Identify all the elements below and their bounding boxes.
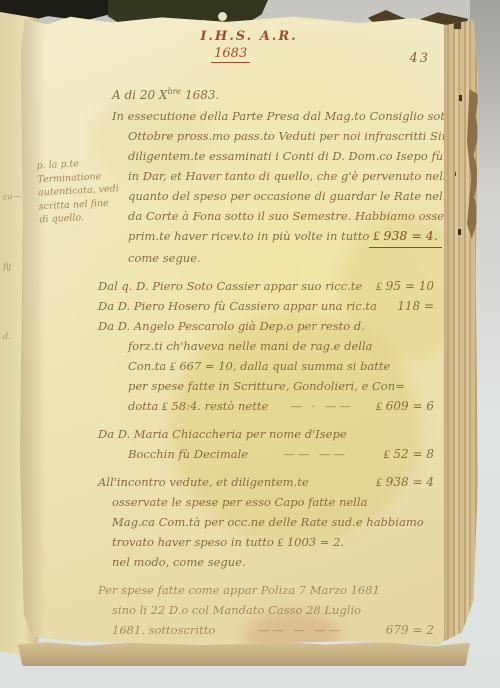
manuscript-photo: ca—fijd. I.H.S. A.R. 1683 43 A di 20 Xbr… bbox=[0, 0, 500, 688]
tally-dashes: — · —— bbox=[274, 396, 370, 416]
year-heading: 1683 bbox=[139, 46, 322, 61]
line-text: nel modo, come segue. bbox=[112, 552, 246, 572]
line-text: All'incontro vedute, et diligentem.te bbox=[98, 472, 309, 492]
lire-amount: ₤ 938 = 4. bbox=[369, 226, 441, 248]
manuscript-line: come segue. bbox=[128, 248, 434, 268]
manuscript-line: forz.ti ch'haveva nelle mani de rag.e de… bbox=[128, 336, 434, 356]
manuscript-line: per spese fatte in Scritture, Gondolieri… bbox=[128, 376, 434, 396]
line-text: forz.ti ch'haveva nelle mani de rag.e de… bbox=[128, 336, 373, 356]
manuscript-line: dotta ₤ 58:4. restò nette— · ——₤ 609 = 6 bbox=[128, 396, 434, 416]
line-text: in Dar, et Haver tanto di quello, che g'… bbox=[128, 166, 486, 186]
manuscript-line: in Dar, et Haver tanto di quello, che g'… bbox=[128, 166, 434, 186]
manuscript-line: 1681. sottoscritto—— — ——679 = 2 bbox=[112, 620, 434, 640]
line-text: 1681. sottoscritto bbox=[112, 620, 215, 640]
line-text: trovato haver speso in tutto ₤ 1003 = 2. bbox=[112, 532, 344, 552]
manuscript-line: prim.te haver ricev.to in più volte in t… bbox=[128, 226, 434, 248]
manuscript-line: quanto del speso per occasione di guarda… bbox=[128, 186, 434, 206]
date-prefix: A di 20 X bbox=[112, 88, 167, 102]
manuscript-line: All'incontro vedute, et diligentem.te₤ 9… bbox=[98, 472, 434, 492]
line-text: osservate le spese per esso Capo fatte n… bbox=[112, 492, 367, 512]
prior-page-text-fragment: fij bbox=[3, 262, 12, 273]
lire-amount: 679 = 2 bbox=[386, 620, 434, 640]
line-text: Per spese fatte come appar Poliza 7 Marz… bbox=[98, 580, 380, 600]
line-text: Dal q. D. Piero Soto Cassier appar suo r… bbox=[98, 276, 362, 296]
manuscript-line: da Corte à Fona sotto il suo Semestre. H… bbox=[128, 206, 434, 226]
date-line: A di 20 Xbre 1683. bbox=[112, 83, 434, 104]
manuscript-page: I.H.S. A.R. 1683 43 A di 20 Xbre 1683. I… bbox=[20, 13, 478, 645]
line-text: come segue. bbox=[128, 248, 201, 268]
manuscript-line: osservate le spese per esso Capo fatte n… bbox=[112, 492, 434, 512]
folio-number: 43 bbox=[409, 51, 430, 66]
fore-edge-page-stack bbox=[444, 19, 478, 641]
line-text: da Corte à Fona sotto il suo Semestre. H… bbox=[128, 206, 475, 226]
manuscript-line: Dal q. D. Piero Soto Cassier appar suo r… bbox=[98, 276, 434, 296]
manuscript-line: nel modo, come segue. bbox=[112, 552, 434, 572]
lire-amount: ₤ 52 = 8 bbox=[384, 444, 434, 464]
line-text: Con.ta ₤ 667 = 10, dalla qual summa si b… bbox=[128, 356, 390, 376]
line-text: In essecutione della Parte Presa dal Mag… bbox=[112, 106, 486, 126]
manuscript-line: Per spese fatte come appar Poliza 7 Marz… bbox=[98, 580, 434, 600]
line-text: per spese fatte in Scritture, Gondolieri… bbox=[128, 376, 405, 396]
manuscript-line: trovato haver speso in tutto ₤ 1003 = 2. bbox=[112, 532, 434, 552]
manuscript-line: Da D. Piero Hosero fù Cassiero appar una… bbox=[98, 296, 434, 316]
manuscript-line: diligentem.te essaminati i Conti di D. D… bbox=[128, 146, 434, 166]
date-superscript: bre bbox=[167, 87, 181, 96]
line-text: sino li 22 D.o col Mandato Casso 28 Lugl… bbox=[112, 600, 361, 620]
fragment-hole bbox=[218, 12, 227, 21]
manuscript-line: Mag.ca Com.tà per occ.ne delle Rate sud.… bbox=[112, 512, 434, 532]
manuscript-line: In essecutione della Parte Presa dal Mag… bbox=[112, 106, 434, 126]
manuscript-line: sino li 22 D.o col Mandato Casso 28 Lugl… bbox=[112, 600, 434, 620]
tally-dashes: —— —— bbox=[254, 444, 377, 464]
line-text: prim.te haver ricev.to in più volte in t… bbox=[128, 226, 369, 246]
date-suffix: 1683. bbox=[181, 88, 219, 102]
lire-amount: ₤ 609 = 6 bbox=[376, 396, 434, 416]
margin-note: p. la p.te Terminationeautenticata, vedi… bbox=[36, 155, 135, 227]
manuscript-line: Con.ta ₤ 667 = 10, dalla qual summa si b… bbox=[128, 356, 434, 376]
line-text: Mag.ca Com.tà per occ.ne delle Rate sud.… bbox=[112, 512, 424, 532]
manuscript-line: Ottobre pross.mo pass.to Veduti per noi … bbox=[128, 126, 434, 146]
line-text: Da D. Angelo Pescarolo già Dep.o per res… bbox=[98, 316, 365, 336]
line-text: Da D. Piero Hosero fù Cassiero appar una… bbox=[98, 296, 377, 316]
line-text: Bocchin fù Decimale bbox=[128, 444, 248, 464]
lire-amount: 118 = bbox=[397, 296, 434, 316]
jesuit-monogram: I.H.S. A.R. bbox=[157, 29, 340, 44]
line-text: Da D. Maria Chiaccheria per nome d'Isepe bbox=[98, 424, 347, 444]
manuscript-line: Da D. Maria Chiaccheria per nome d'Isepe bbox=[98, 424, 434, 444]
line-text: dotta ₤ 58:4. restò nette bbox=[128, 396, 268, 416]
manuscript-line: Da D. Angelo Pescarolo già Dep.o per res… bbox=[98, 316, 434, 336]
prior-page-text-fragment: d. bbox=[3, 332, 12, 343]
year-text: 1683 bbox=[211, 46, 250, 63]
lire-amount: ₤ 938 = 4 bbox=[376, 472, 434, 492]
manuscript-line: Bocchin fù Decimale—— ——₤ 52 = 8 bbox=[128, 444, 434, 464]
tally-dashes: —— — —— bbox=[221, 620, 380, 640]
lire-amount: ₤ 95 = 10 bbox=[376, 276, 434, 296]
prior-page-text-fragment: ca— bbox=[3, 191, 22, 202]
